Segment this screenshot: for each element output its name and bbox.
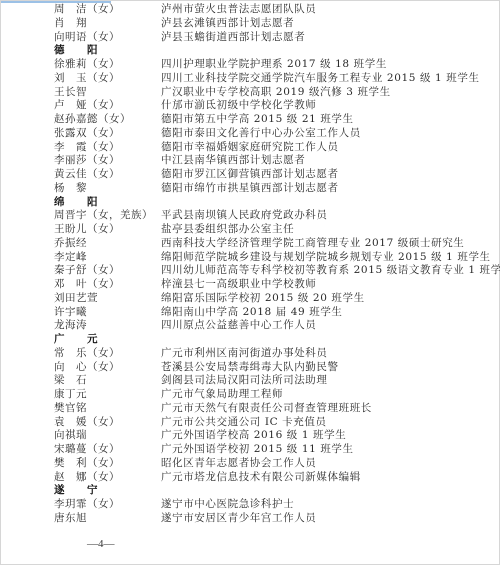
person-affiliation: 什邡市湔氐初级中学校化学教师 [161, 99, 494, 113]
list-item: 徐雅莉（女）四川护理职业学院护理系 2017 级 18 班学生 [54, 58, 494, 72]
region-heading: 遂 宁 [54, 484, 494, 498]
person-affiliation: 德阳市第五中学高 2015 级 21 班学生 [161, 113, 494, 127]
list-item: 张露双（女）德阳市泰田文化善行中心办公室工作人员 [54, 127, 494, 141]
person-name: 徐雅莉（女） [54, 58, 161, 72]
person-affiliation: 德阳市绵竹市拱星镇西部计划志愿者 [161, 182, 494, 196]
person-affiliation: 苍溪县公安局禁毒缉毒大队内勤民警 [161, 361, 494, 375]
person-affiliation [161, 196, 494, 210]
list-item: 王长智广汉职业中专学校高职 2019 级汽修 3 班学生 [54, 86, 494, 100]
region-heading: 广 元 [54, 333, 494, 347]
person-affiliation [161, 333, 494, 347]
person-affiliation: 广元外国语学校高 2016 级 1 班学生 [161, 429, 494, 443]
person-name: 王长智 [54, 86, 161, 100]
region-heading: 绵 阳 [54, 196, 494, 210]
list-item: 康丁元广元市气象局助理工程师 [54, 388, 494, 402]
list-item: 许宇曦绵阳南山中学高 2018 届 49 班学生 [54, 306, 494, 320]
region-name: 德 阳 [54, 44, 161, 58]
person-affiliation: 盐亭县委组织部办公室主任 [161, 223, 494, 237]
person-name: 宋璐蔓（女） [54, 443, 161, 457]
list-item: 向明语（女）泸县玉蟾街道西部计划志愿者 [54, 31, 494, 45]
person-name: 袁 媛（女） [54, 416, 161, 430]
person-name: 樊 利（女） [54, 457, 161, 471]
person-name: 邓 叶（女） [54, 278, 161, 292]
list-item: 赵 娜（女）广元市塔龙信息技术有限公司新媒体编辑 [54, 471, 494, 485]
person-name: 杨 黎 [54, 182, 161, 196]
person-affiliation: 广元市天然气有限责任公司督查管理班班长 [161, 402, 494, 416]
person-affiliation: 德阳市泰田文化善行中心办公室工作人员 [161, 127, 494, 141]
list-item: 周 洁（女）泸州市萤火虫普法志愿团队队员 [54, 3, 494, 17]
region-heading: 德 阳 [54, 44, 494, 58]
person-name: 秦子舒（女） [54, 264, 161, 278]
list-item: 袁 媛（女）广元市公共交通公司 IC 卡充值员 [54, 416, 494, 430]
person-name: 刘田艺萱 [54, 292, 161, 306]
region-name: 广 元 [54, 333, 161, 347]
person-name: 向 心（女） [54, 361, 161, 375]
person-affiliation: 德阳市罗江区御营镇西部计划志愿者 [161, 168, 494, 182]
person-affiliation: 广元市公共交通公司 IC 卡充值员 [161, 416, 494, 430]
list-item: 刘田艺萱绵阳富乐国际学校初 2015 级 20 班学生 [54, 292, 494, 306]
person-name: 肖 翔 [54, 17, 161, 31]
person-affiliation: 梓潼县七一高级职业中学校教师 [161, 278, 494, 292]
person-affiliation: 中江县南华镇西部计划志愿者 [161, 154, 494, 168]
list-item: 卢 娅（女）什邡市湔氐初级中学校化学教师 [54, 99, 494, 113]
person-name: 赵 娜（女） [54, 471, 161, 485]
person-affiliation: 绵阳师范学院城乡建设与规划学院城乡规划专业 2015 级 1 班学生 [161, 251, 494, 265]
person-name: 李 霞（女） [54, 141, 161, 155]
list-item: 樊 利（女）昭化区青年志愿者协会工作人员 [54, 457, 494, 471]
person-affiliation [161, 44, 494, 58]
person-affiliation: 平武县南坝镇人民政府党政办科员 [161, 209, 494, 223]
person-affiliation: 遂宁市安居区青少年宫工作人员 [161, 512, 494, 526]
person-name: 赵孙嘉懿（女） [54, 113, 161, 127]
person-affiliation: 泸县玉蟾街道西部计划志愿者 [161, 31, 494, 45]
list-item: 龙海涛四川原点公益慈善中心工作人员 [54, 319, 494, 333]
person-name: 龙海涛 [54, 319, 161, 333]
list-item: 梁 石剑阁县司法局汉阳司法所司法助理 [54, 374, 494, 388]
person-name: 周 洁（女） [54, 3, 161, 17]
person-affiliation: 四川幼儿师范高等专科学校初等教育系 2015 级语文教育专业 1 班学生 [161, 264, 500, 278]
person-affiliation: 西南科技大学经济管理学院工商管理专业 2017 级硕士研究生 [161, 237, 494, 251]
list-item: 肖 翔泸县玄滩镇西部计划志愿者 [54, 17, 494, 31]
list-item: 宋璐蔓（女）广元外国语学校初 2015 级 11 班学生 [54, 443, 494, 457]
person-name: 李定峰 [54, 251, 161, 265]
list-item: 向 心（女）苍溪县公安局禁毒缉毒大队内勤民警 [54, 361, 494, 375]
list-item: 周晋宇（女，羌族）平武县南坝镇人民政府党政办科员 [54, 209, 494, 223]
person-name: 刘 玉（女） [54, 72, 161, 86]
person-name: 李玥霏（女） [54, 498, 161, 512]
list-item: 赵孙嘉懿（女）德阳市第五中学高 2015 级 21 班学生 [54, 113, 494, 127]
person-affiliation: 广元外国语学校初 2015 级 11 班学生 [161, 443, 494, 457]
list-item: 常 乐（女）广元市利州区南河街道办事处科员 [54, 347, 494, 361]
person-name: 樊官铭 [54, 402, 161, 416]
person-affiliation: 遂宁市中心医院急诊科护士 [161, 498, 494, 512]
person-affiliation: 绵阳富乐国际学校初 2015 级 20 班学生 [161, 292, 494, 306]
list-item: 李玥霏（女）遂宁市中心医院急诊科护士 [54, 498, 494, 512]
list-item: 李丽莎（女）中江县南华镇西部计划志愿者 [54, 154, 494, 168]
list-item: 李 霞（女）德阳市幸福婚姻家庭研究院工作人员 [54, 141, 494, 155]
person-affiliation [161, 484, 494, 498]
person-affiliation: 广元市气象局助理工程师 [161, 388, 494, 402]
person-affiliation: 剑阁县司法局汉阳司法所司法助理 [161, 374, 494, 388]
person-name: 常 乐（女） [54, 347, 161, 361]
person-name: 乔振经 [54, 237, 161, 251]
person-name: 向明语（女） [54, 31, 161, 45]
region-name: 遂 宁 [54, 484, 161, 498]
person-affiliation: 德阳市幸福婚姻家庭研究院工作人员 [161, 141, 494, 155]
person-affiliation: 泸州市萤火虫普法志愿团队队员 [161, 3, 494, 17]
person-affiliation: 四川护理职业学院护理系 2017 级 18 班学生 [161, 58, 494, 72]
person-affiliation: 广元市塔龙信息技术有限公司新媒体编辑 [161, 471, 494, 485]
person-name: 张露双（女） [54, 127, 161, 141]
person-name: 李丽莎（女） [54, 154, 161, 168]
person-name: 梁 石 [54, 374, 161, 388]
person-affiliation: 四川原点公益慈善中心工作人员 [161, 319, 494, 333]
list-item: 刘 玉（女）四川工业科技学院交通学院汽车服务工程专业 2015 级 1 班学生 [54, 72, 494, 86]
list-item: 樊官铭广元市天然气有限责任公司督查管理班班长 [54, 402, 494, 416]
list-item: 黄云佳（女）德阳市罗江区御营镇西部计划志愿者 [54, 168, 494, 182]
list-item: 邓 叶（女）梓潼县七一高级职业中学校教师 [54, 278, 494, 292]
person-name: 周晋宇（女，羌族） [54, 209, 161, 223]
person-name: 卢 娅（女） [54, 99, 161, 113]
person-name: 康丁元 [54, 388, 161, 402]
person-name: 王盼儿（女） [54, 223, 161, 237]
honoree-list: 周 洁（女）泸州市萤火虫普法志愿团队队员肖 翔泸县玄滩镇西部计划志愿者向明语（女… [54, 3, 494, 526]
person-name: 唐东旭 [54, 512, 161, 526]
person-name: 黄云佳（女） [54, 168, 161, 182]
list-item: 王盼儿（女）盐亭县委组织部办公室主任 [54, 223, 494, 237]
person-affiliation: 绵阳南山中学高 2018 届 49 班学生 [161, 306, 494, 320]
page-number: —4— [87, 538, 115, 550]
region-name: 绵 阳 [54, 196, 161, 210]
list-item: 乔振经西南科技大学经济管理学院工商管理专业 2017 级硕士研究生 [54, 237, 494, 251]
list-item: 向祺瑞广元外国语学校高 2016 级 1 班学生 [54, 429, 494, 443]
person-affiliation: 泸县玄滩镇西部计划志愿者 [161, 17, 494, 31]
list-item: 唐东旭遂宁市安居区青少年宫工作人员 [54, 512, 494, 526]
person-affiliation: 广汉职业中专学校高职 2019 级汽修 3 班学生 [161, 86, 494, 100]
document-page: 周 洁（女）泸州市萤火虫普法志愿团队队员肖 翔泸县玄滩镇西部计划志愿者向明语（女… [0, 0, 500, 565]
list-item: 杨 黎德阳市绵竹市拱星镇西部计划志愿者 [54, 182, 494, 196]
person-affiliation: 广元市利州区南河街道办事处科员 [161, 347, 494, 361]
list-item: 李定峰绵阳师范学院城乡建设与规划学院城乡规划专业 2015 级 1 班学生 [54, 251, 494, 265]
person-affiliation: 昭化区青年志愿者协会工作人员 [161, 457, 494, 471]
person-name: 向祺瑞 [54, 429, 161, 443]
person-affiliation: 四川工业科技学院交通学院汽车服务工程专业 2015 级 1 班学生 [161, 72, 494, 86]
list-item: 秦子舒（女）四川幼儿师范高等专科学校初等教育系 2015 级语文教育专业 1 班… [54, 264, 494, 278]
person-name: 许宇曦 [54, 306, 161, 320]
